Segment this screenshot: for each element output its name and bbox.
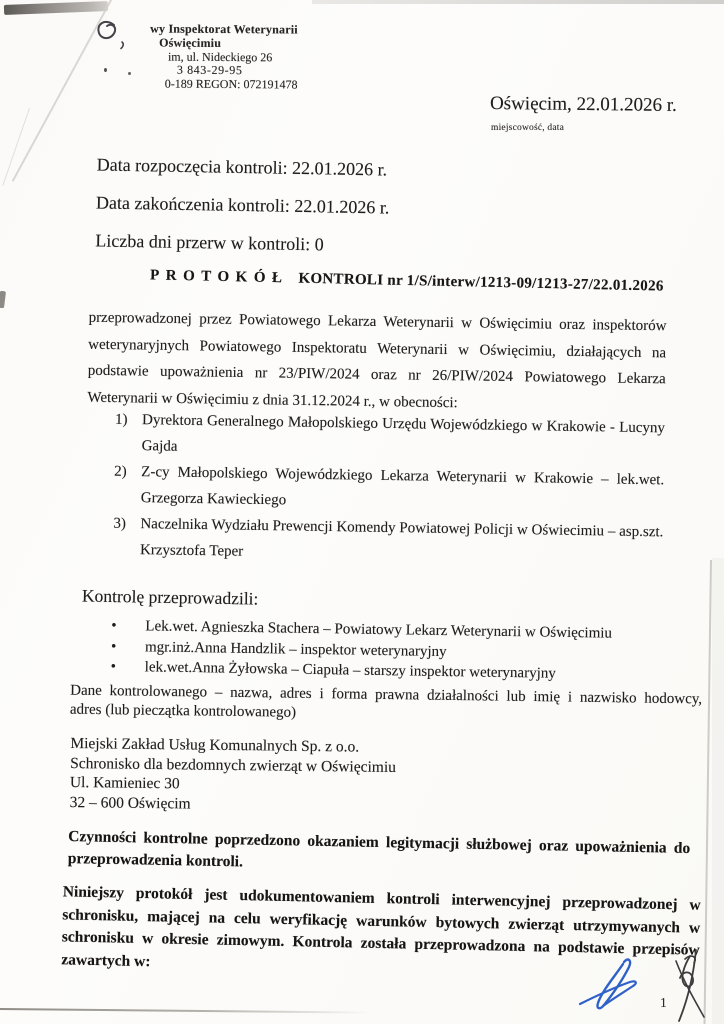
list-item-number: 3) — [113, 511, 141, 563]
signature-black-ink — [668, 948, 712, 1024]
control-end-date: Data zakończenia kontroli: 22.01.2026 r. — [96, 183, 390, 226]
list-item-number: 2) — [114, 459, 142, 511]
paper-edge-strip — [712, 558, 724, 1024]
letterhead-stamp: wy Inspektorat Weterynarii Oświęcimiu im… — [150, 22, 298, 92]
list-item: 2) Z-cy Małopolskiego Wojewódzkiego Leka… — [114, 459, 665, 520]
list-item-text: Dyrektora Generalnego Małopolskiego Urzę… — [141, 407, 665, 467]
statement-legitimation: Czynności kontrolne poprzedzono okazanie… — [68, 826, 691, 881]
control-start-date: Data rozpoczęcia kontroli: 22.01.2026 r. — [96, 145, 390, 188]
place-date-caption: miejscowość, data — [491, 123, 564, 133]
handwritten-mark — [90, 16, 130, 64]
control-dates-block: Data rozpoczęcia kontroli: 22.01.2026 r.… — [95, 145, 390, 264]
inspectors-heading: Kontrolę przeprowadzili: — [82, 585, 259, 609]
ink-speck — [104, 68, 107, 72]
list-item-text: Naczelnika Wydziału Prewencji Komendy Po… — [140, 511, 664, 571]
inspectors-list: • Lek.wet. Agnieszka Stachera – Powiatow… — [106, 616, 654, 686]
letterhead-line-5: 0-189 REGON: 072191478 — [165, 78, 298, 93]
bottom-crease-line — [0, 1008, 372, 1014]
list-item: 3) Naczelnika Wydziału Prewencji Komendy… — [113, 511, 664, 572]
protocol-title: PROTOKÓŁKONTROLI nr 1/S/interw/1213-09/1… — [150, 267, 664, 295]
subject-address-block: Miejski Zakład Usług Komunalnych Sp. z o… — [70, 734, 397, 816]
intro-paragraph: przeprowadzonej przez Powiatowego Lekarz… — [87, 305, 667, 420]
page-number: 1 — [660, 995, 667, 1011]
bullet-icon: • — [106, 616, 145, 637]
control-breaks-count: Liczba dni przerw w kontroli: 0 — [95, 221, 389, 264]
place-and-date: Oświęcim, 22.01.2026 r. — [490, 93, 677, 117]
scanned-protocol-page: wy Inspektorat Weterynarii Oświęcimiu im… — [0, 0, 724, 1024]
bullet-icon: • — [106, 657, 145, 678]
protocol-title-number: KONTROLI nr 1/S/interw/1213-09/1213-27/2… — [298, 271, 664, 295]
attendees-list: 1) Dyrektora Generalnego Małopolskiego U… — [113, 407, 665, 572]
list-item: 1) Dyrektora Generalnego Małopolskiego U… — [114, 407, 665, 468]
scanner-shadow-top-right — [312, 0, 724, 4]
ink-speck — [128, 72, 131, 75]
scanner-shadow-top-left — [4, 1, 108, 15]
protocol-title-word: PROTOKÓŁ — [150, 267, 289, 286]
left-edge-mark — [0, 291, 6, 309]
subject-address-line: 32 – 600 Oświęcim — [70, 793, 396, 816]
list-item-number: 1) — [114, 407, 142, 459]
signature-blue-ink — [572, 956, 654, 1014]
list-item-text: Z-cy Małopolskiego Wojewódzkiego Lekarza… — [141, 459, 665, 519]
subject-label: Dane kontrolowanego – nazwa, adres i for… — [70, 682, 702, 728]
bullet-icon: • — [106, 636, 145, 657]
